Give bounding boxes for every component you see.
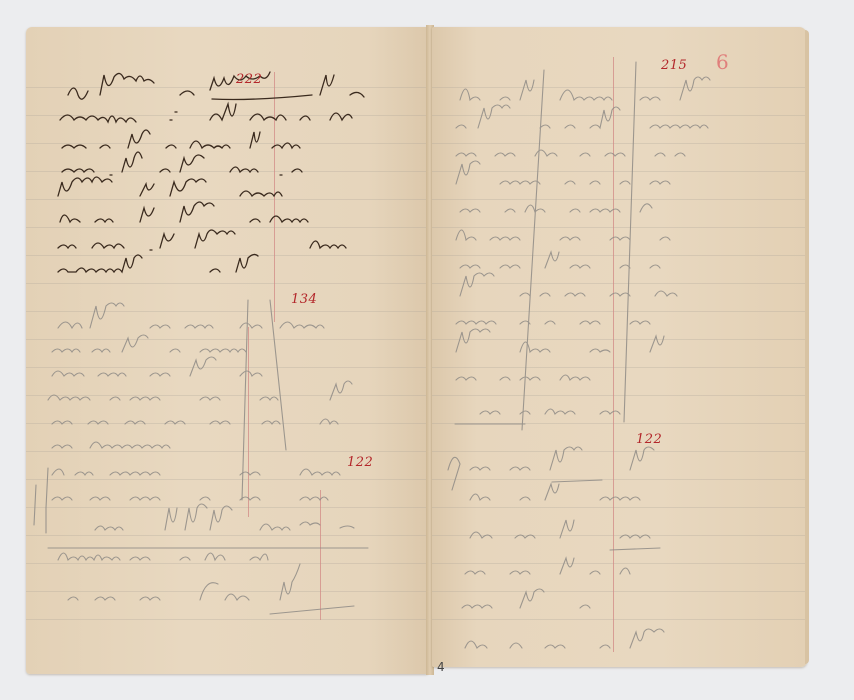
handwriting-strokes xyxy=(0,0,854,700)
right-sheet-number: 6 xyxy=(716,50,729,74)
ink-paragraph xyxy=(58,72,364,272)
left-folio-middle: 134 xyxy=(291,292,317,307)
left-folio-top: 222 xyxy=(236,72,262,87)
right-folio-top: 215 xyxy=(661,58,687,73)
pencil-bracketed-note xyxy=(34,468,368,614)
notebook: 222 134 122 215 6 122 4 xyxy=(0,0,854,700)
left-folio-lower: 122 xyxy=(347,455,373,470)
pencil-paragraph xyxy=(48,300,352,500)
right-pencil-paragraph-1 xyxy=(455,62,710,430)
page-number: 4 xyxy=(437,660,445,674)
right-folio-lower: 122 xyxy=(636,432,662,447)
right-pencil-paragraph-2 xyxy=(448,447,664,648)
